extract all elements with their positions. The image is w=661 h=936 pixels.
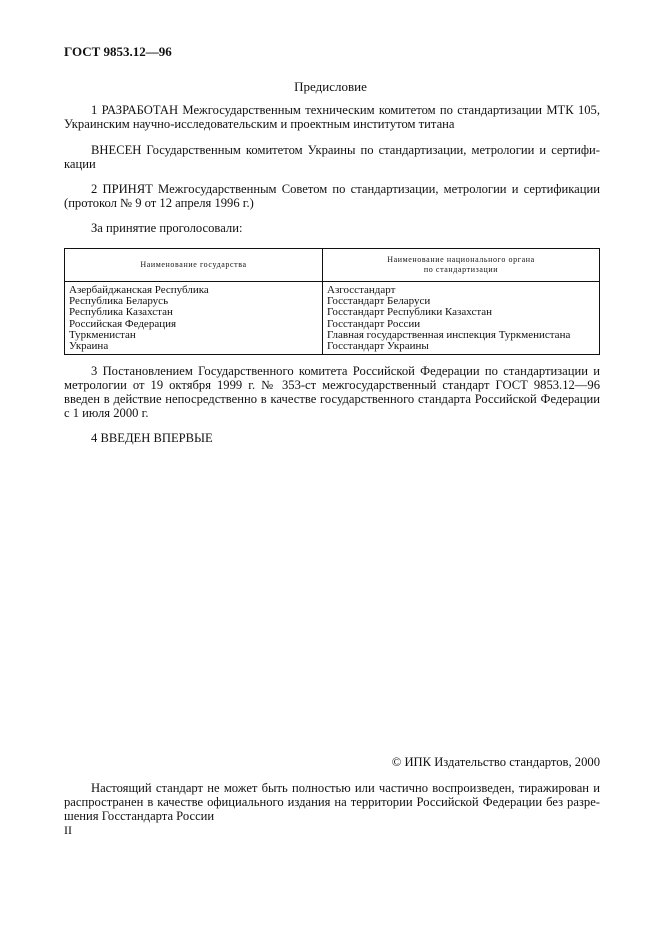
- state-item: Республика Казахстан: [69, 307, 318, 318]
- bodies-cell: Азгосстандарт Госстандарт Беларуси Госст…: [323, 282, 600, 355]
- body-item: Госстандарт Украины: [327, 341, 595, 352]
- header-national-body: Наименование национального органа по ста…: [323, 249, 600, 282]
- page-number: II: [64, 823, 72, 838]
- states-cell: Азербайджанская Республика Республика Бе…: [65, 282, 323, 355]
- body-item: Госстандарт Республики Казахстан: [327, 307, 595, 318]
- reproduction-notice: Настоящий стандарт не может быть полност…: [64, 781, 600, 823]
- table-header-row: Наименование государства Наименование на…: [65, 249, 600, 282]
- state-item: Украина: [69, 341, 318, 352]
- paragraph-developed: 1 РАЗРАБОТАН Межгосударственным техничес…: [64, 103, 600, 131]
- paragraph-resolution: 3 Постановлением Государственного комите…: [64, 364, 600, 420]
- header-body-line2: по стандартизации: [324, 265, 598, 275]
- header-state-label: Наименование государства: [140, 260, 246, 269]
- voting-table: Наименование государства Наименование на…: [64, 248, 600, 355]
- table-row: Азербайджанская Республика Республика Бе…: [65, 282, 600, 355]
- section-title: Предисловие: [0, 79, 661, 95]
- header-body-line1: Наименование национального органа: [324, 255, 598, 265]
- paragraph-first-introduced: 4 ВВЕДЕН ВПЕРВЫЕ: [64, 431, 600, 445]
- paragraph-introduced: ВНЕСЕН Государственным комитетом Украины…: [64, 143, 600, 171]
- document-code: ГОСТ 9853.12—96: [64, 44, 172, 60]
- header-state: Наименование государства: [65, 249, 323, 282]
- copyright-notice: © ИПК Издательство стандартов, 2000: [392, 755, 600, 770]
- vote-intro: За принятие проголосовали:: [64, 221, 600, 235]
- paragraph-adopted: 2 ПРИНЯТ Межгосударственным Советом по с…: [64, 182, 600, 210]
